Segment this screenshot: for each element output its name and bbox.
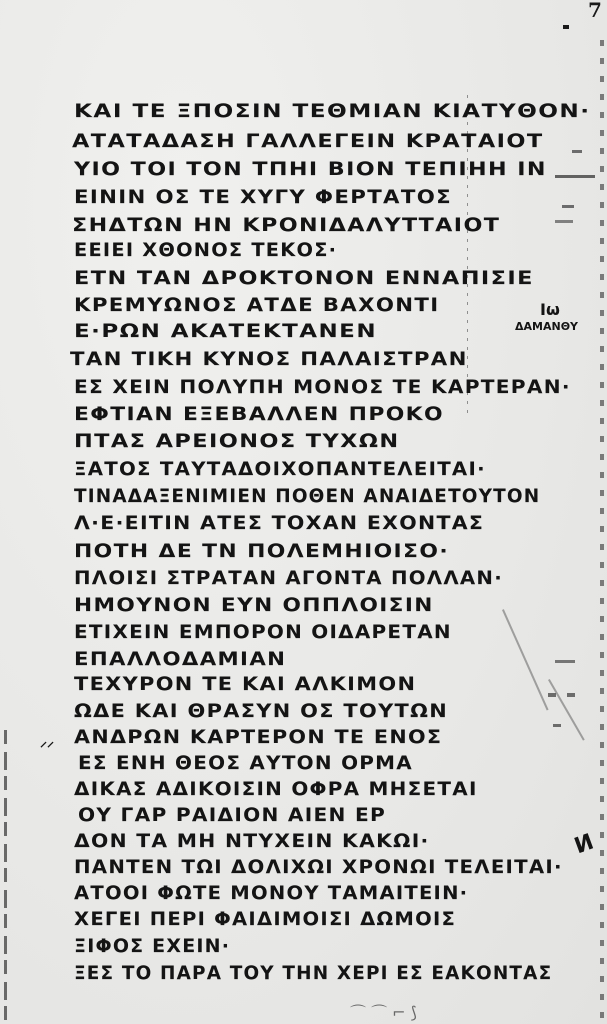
ink-speck [548,693,556,697]
text-line: ΕΦΤΙΑΝ ΕΞΕΒΑΛΛΕΝ ΠΡΟΚΟ [74,403,444,425]
text-line: Λ·Ε·ΕΙΤΙΝ ΑΤΕΣ ΤΟΧΑΝ ΕΧΟΝΤΑΣ [74,512,484,534]
text-line: ΚΑΙ ΤΕ ΞΠΟΣΙΝ ΤΕΘΜΙΑΝ ΚΙΑΤΥΘΟΝ· [74,100,591,122]
papyrus-crack [548,679,585,741]
ink-speck [563,25,569,29]
text-line: ΑΤΑΤΑΔΑΣΗ ΓΑΛΛΕΓΕΙΝ ΚΡΑΤΑΙΟΤ [72,130,544,152]
text-line: ΧΕΓΕΙ ΠΕΡΙ ΦΑΙΔΙΜΟΙΣΙ ΔΩΜΟΙΣ [74,908,456,930]
text-line: ΑΤΟΟΙ ΦΩΤΕ ΜΟΝΟΥ ΤΑΜΑΙΤΕΙΝ· [74,882,468,904]
text-line: ΠΑΝΤΕΝ ΤΩΙ ΔΟΛΙΧΩΙ ΧΡΟΝΩΙ ΤΕΛΕΙΤΑΙ· [74,856,563,878]
papyrus-crack [502,609,549,710]
margin-note-name: ΔΑΜΑΝΘΥ [515,320,578,333]
text-line: ΕΠΑΛΛΟΔΑΜΙΑΝ [74,648,286,670]
margin-note-iota-omega: Ιω [540,300,560,319]
ink-speck [555,220,573,223]
papyrus-left-edge [4,730,7,1020]
text-line: ΔΟΝ ΤΑ ΜΗ ΝΤΥΧΕΙΝ ΚΑΚΩΙ· [74,830,430,852]
text-line: ΤΕΧΥΡΟΝ ΤΕ ΚΑΙ ΑΛΚΙΜΟΝ [74,673,416,695]
text-line: ΗΜΟΥΝΟΝ ΕΥΝ ΟΠΠΛΟΙΣΙΝ [74,594,434,616]
text-line: ΠΤΑΣ ΑΡΕΙΟΝΟΣ ΤΥΧΩΝ [74,430,400,452]
text-line: ΤΑΝ ΤΙΚΗ ΚΥΝΟΣ ΠΑΛΑΙΣΤΡΑΝ [70,348,468,370]
text-line: ΞΑΤΟΣ ΤΑΥΤΑΔΟΙΧΟΠΑΝΤΕΛΕΙΤΑΙ· [74,458,486,480]
ink-speck [572,150,582,153]
ink-speck [553,724,561,727]
text-line: ΠΛΟΙΣΙ ΣΤΡΑΤΑΝ ΑΓΟΝΤΑ ΠΟΛΛΑΝ· [74,567,503,589]
papyrus-right-edge [600,40,604,1020]
text-line: ΕΕΙΕΙ ΧΘΟΝΟΣ ΤΕΚΟΣ· [74,239,337,261]
papyrus-page: 7 Ιω ΔΑΜΑΝΘΥ Ͷ ⸍⸍ ΚΑΙ ΤΕ ΞΠΟΣΙΝ ΤΕΘΜΙΑΝ … [0,0,607,1024]
margin-note-check-mark: Ͷ [571,830,597,860]
text-line: ΥΙΟ ΤΟΙ ΤΟΝ ΤΠΗΙ ΒΙΟΝ ΤΕΠΙΗΗ ΙΝ [74,158,547,180]
text-line: ΞΙΦΟΣ ΕΧΕΙΝ· [74,935,230,957]
ink-speck [555,175,595,178]
text-line: ΣΗΔΤΩΝ ΗΝ ΚΡΟΝΙΔΑΛΥΤΤΑΙΟΤ [72,214,500,236]
margin-note-left-mark: ⸍⸍ [40,738,54,757]
text-line: ΩΔΕ ΚΑΙ ΘΡΑΣΥΝ ΟΣ ΤΟΥΤΩΝ [74,700,448,722]
text-line: ΠΟΤΗ ΔΕ ΤΝ ΠΟΛΕΜΗΙΟΙΣΟ· [74,540,449,562]
text-line: Ε·ΡΩΝ ΑΚΑΤΕΚΤΑΝΕΝ [74,320,377,342]
text-line: ΚΡΕΜΥΩΝΟΣ ΑΤΔΕ ΒΑΧΟΝΤΙ [74,294,440,316]
text-line: ΞΕΣ ΤΟ ΠΑΡΑ ΤΟΥ ΤΗΝ ΧΕΡΙ ΕΣ ΕΑΚΟΝΤΑΣ [74,962,552,984]
text-line: ΕΣ ΕΝΗ ΘΕΟΣ ΑΥΤΟΝ ΟΡΜΑ [78,752,413,774]
text-line: ΔΙΚΑΣ ΑΔΙΚΟΙΣΙΝ ΟΦΡΑ ΜΗΣΕΤΑΙ [74,778,478,800]
text-line: ΕΙΝΙΝ ΟΣ ΤΕ ΧΥΓΥ ΦΕΡΤΑΤΟΣ [74,186,452,208]
faint-ink-traces: ⌒ ⌒ ⌐ ⟆ [350,1000,417,1023]
text-line: ΕΤΙΧΕΙΝ ΕΜΠΟΡΟΝ ΟΙΔΑΡΕΤΑΝ [74,621,452,643]
ink-speck [562,205,574,208]
text-line: ΤΙΝΑΔΑΞΕΝΙΜΙΕΝ ΠΟΘΕΝ ΑΝΑΙΔΕΤΟΥΤΟΝ [74,485,540,507]
text-line: ΕΣ ΧΕΙΝ ΠΟΛΥΠΗ ΜΟΝΟΣ ΤΕ ΚΑΡΤΕΡΑΝ· [74,376,571,398]
text-line: ΟΥ ΓΑΡ ΡΑΙΔΙΟΝ ΑΙΕΝ ΕΡ [78,804,386,826]
text-line: ΑΝΔΡΩΝ ΚΑΡΤΕΡΟΝ ΤΕ ΕΝΟΣ [74,726,442,748]
text-line: ΕΤΝ ΤΑΝ ΔΡΟΚΤΟΝΟΝ ΕΝΝΑΠΙΣΙΕ [74,267,534,289]
ink-speck [567,693,575,697]
page-number: 7 [588,0,602,22]
ink-speck [555,660,575,663]
